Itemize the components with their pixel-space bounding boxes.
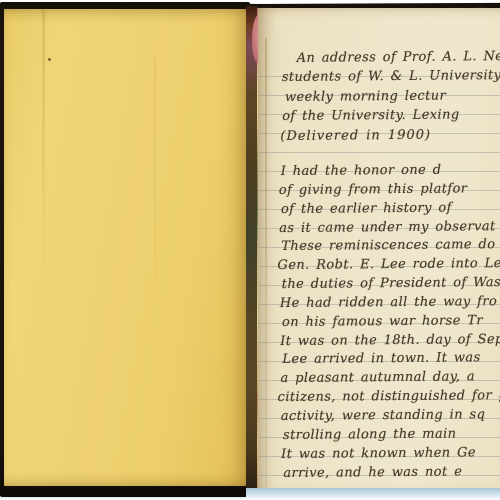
manuscript-line: citizens, not distinguished for g — [278, 387, 500, 408]
manuscript-line: An address of Prof. A. L. Ne — [297, 47, 500, 68]
manuscript-line: Lee arrived in town. It was — [282, 349, 500, 370]
manuscript-line: (Delivered in 1900) — [280, 125, 500, 146]
notebook-photo: An address of Prof. A. L. Ne students of… — [0, 0, 500, 500]
manuscript-line: arrive, and he was not e — [283, 462, 500, 483]
manuscript-line: students of W. & L. University — [282, 66, 500, 87]
manuscript-line: I had the honor one d — [281, 161, 500, 182]
page-crease — [42, 9, 45, 295]
page-crease — [154, 57, 156, 391]
manuscript-line: Gen. Robt. E. Lee rode into Lex — [277, 255, 500, 276]
manuscript-heading: An address of Prof. A. L. Ne students of… — [282, 47, 500, 146]
manuscript-line: of giving from this platfor — [279, 180, 500, 201]
page-bottom-shadow — [246, 488, 500, 500]
left-blank-page — [4, 9, 246, 486]
manuscript-line: These reminiscences came do — [281, 236, 500, 257]
manuscript-line: It was on the 18th. day of Septe — [280, 331, 500, 352]
ink-speck — [48, 58, 51, 61]
manuscript-line: as it came under my observat — [279, 217, 500, 238]
manuscript-line: It was not known when Ge — [281, 444, 500, 465]
page-stub-edge — [265, 38, 267, 490]
manuscript-line: strolling along the main — [283, 425, 500, 446]
manuscript-body: I had the honor one d of giving from thi… — [279, 161, 500, 483]
manuscript-line: the duties of President of Was — [282, 274, 500, 295]
manuscript-line: of the University. Lexing — [282, 105, 500, 126]
manuscript-line: activity, were standing in sq — [281, 406, 500, 427]
manuscript-line: He had ridden all the way fro — [280, 293, 500, 314]
manuscript-line: weekly morning lectur — [285, 86, 500, 107]
manuscript-line: a pleasant autumnal day, a — [280, 368, 500, 389]
manuscript-line: on his famous war horse Tr — [282, 312, 500, 333]
manuscript-line: of the earlier history of — [281, 199, 500, 220]
right-manuscript-page: An address of Prof. A. L. Ne students of… — [258, 8, 500, 490]
